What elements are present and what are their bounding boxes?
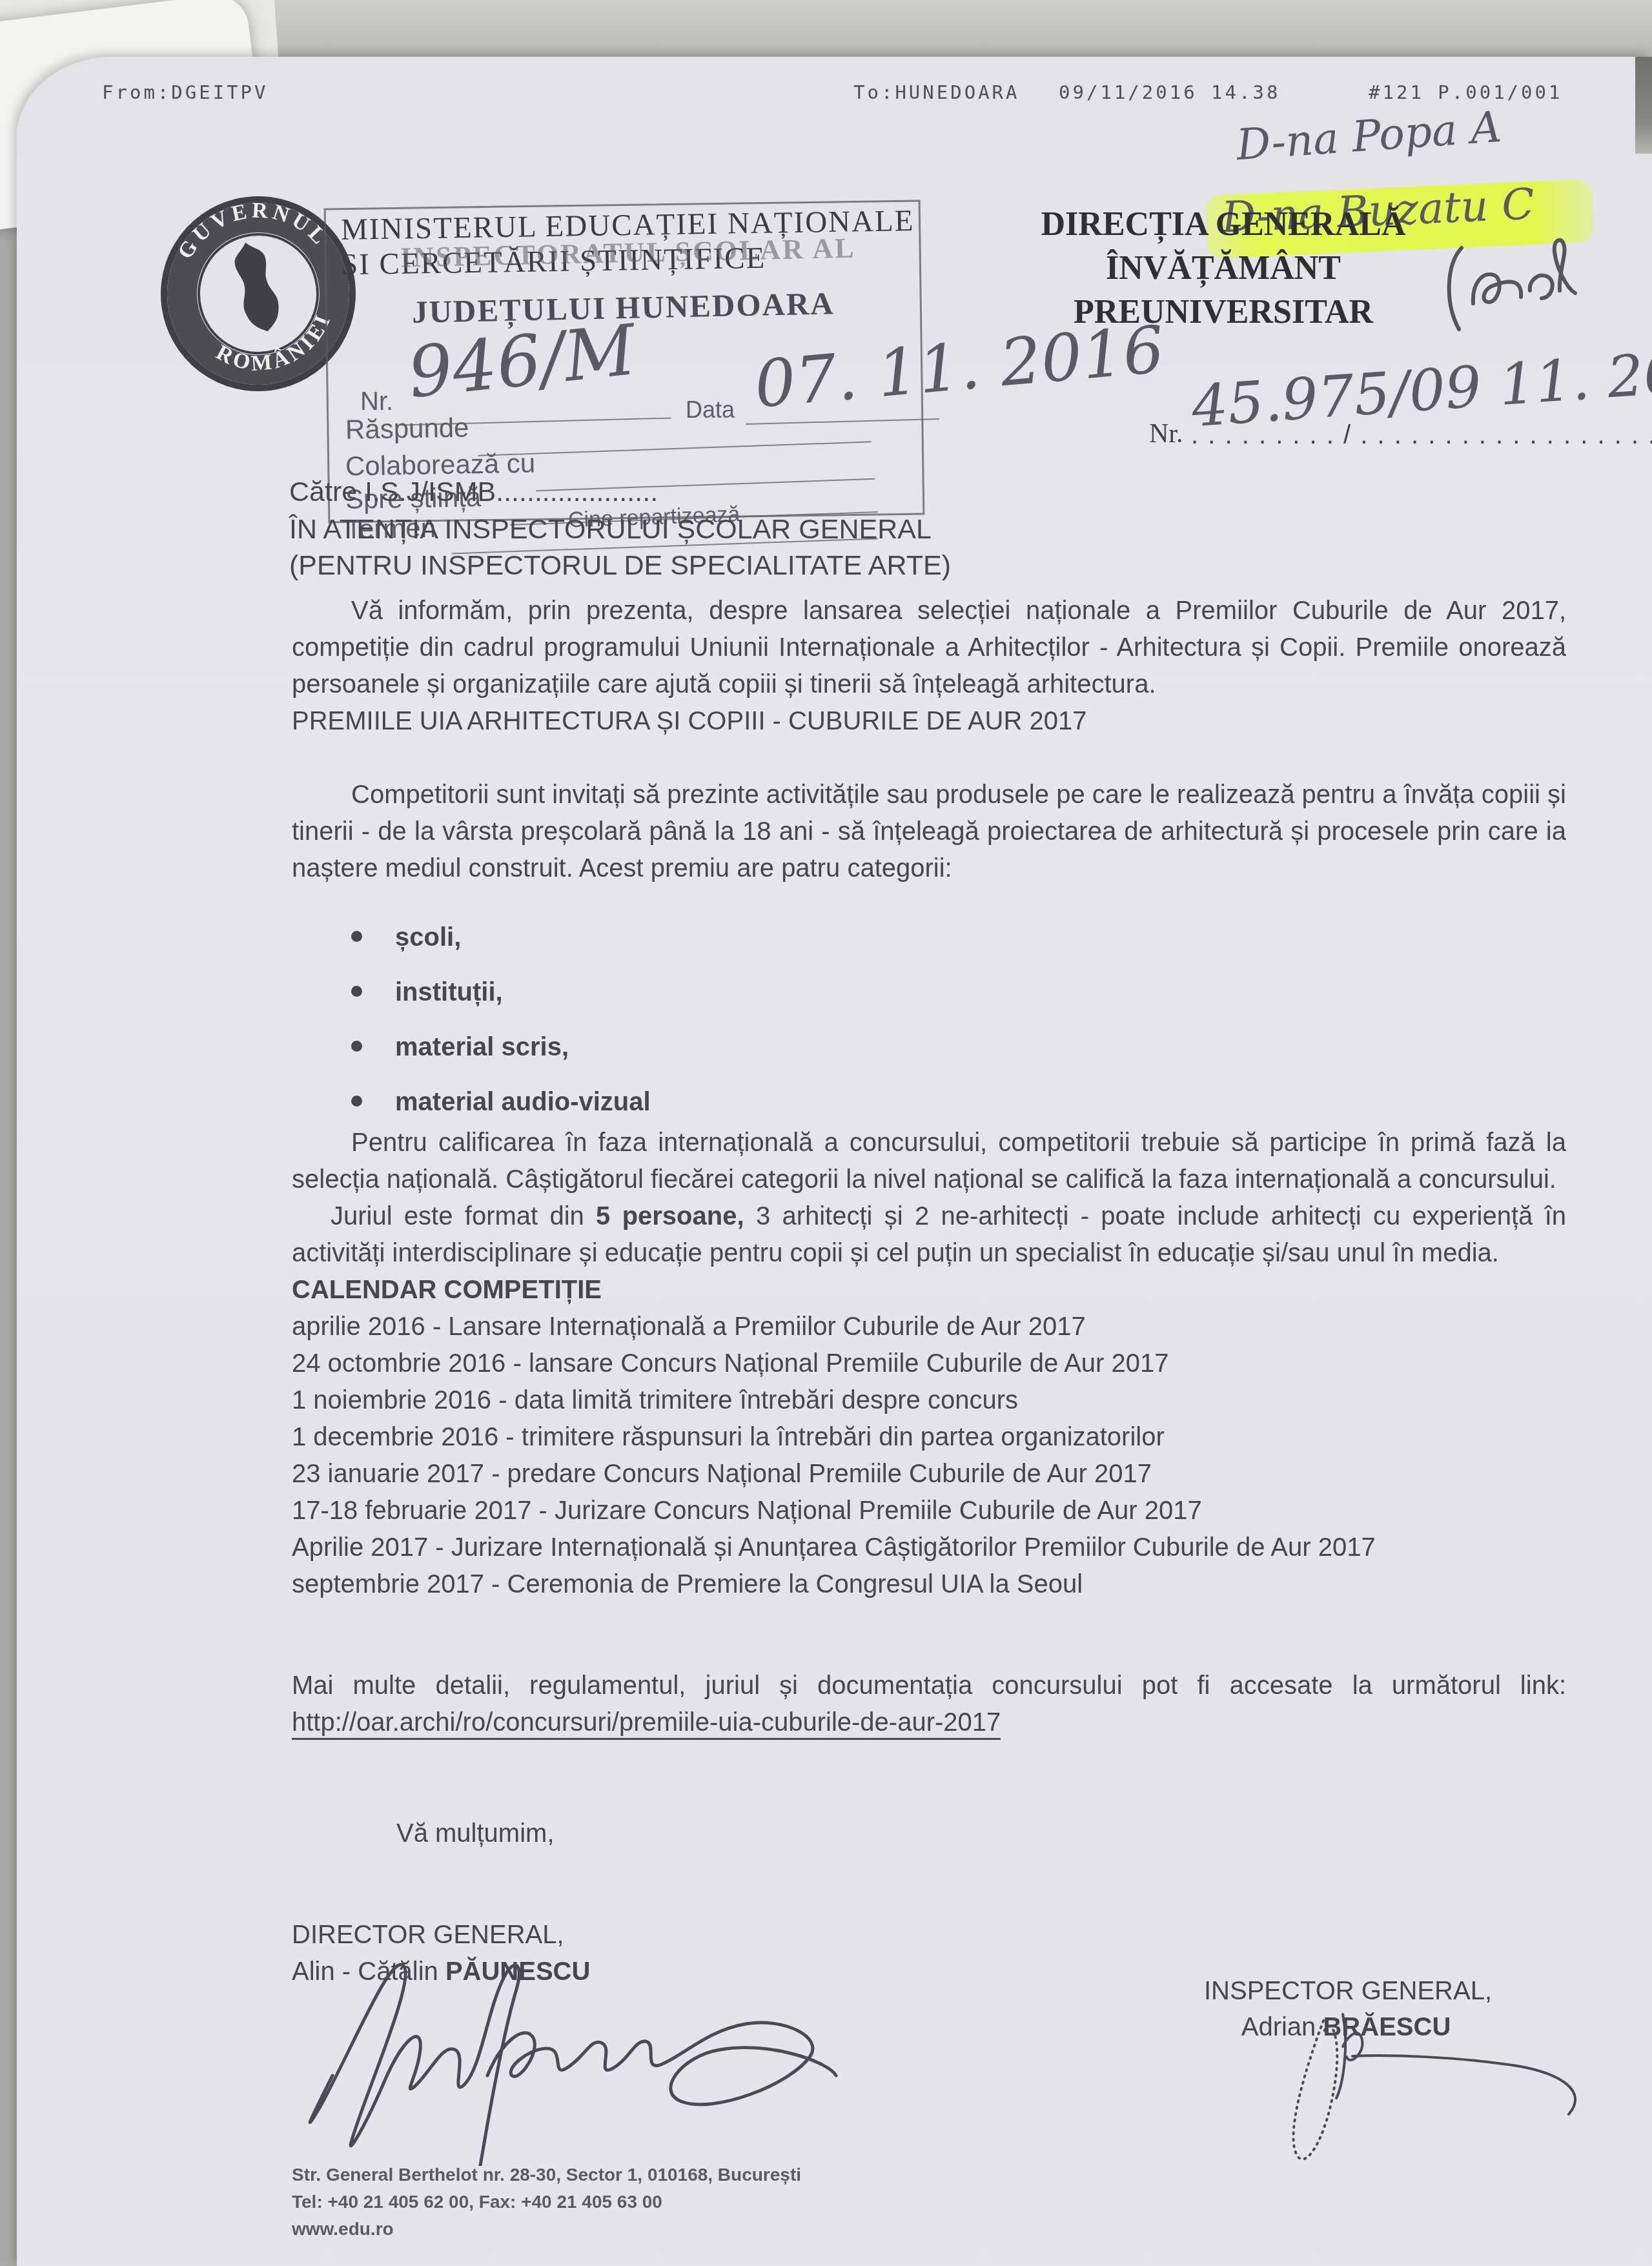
stamp-nr-label: Nr.: [360, 387, 393, 416]
link-intro-text: Mai multe detalii, regulamentul, juriul …: [292, 1671, 1566, 1700]
seal-eagle-glyph: [229, 238, 285, 336]
addressee-line1: Către I.S.J/ISMB.....................: [289, 476, 658, 508]
paragraph-intro: Vă informăm, prin prezenta, despre lansa…: [292, 593, 1566, 703]
calendar-item-2: 24 octombrie 2016 - lansare Concurs Nați…: [292, 1345, 1566, 1382]
handwritten-initials-icon: [1440, 226, 1588, 349]
calendar-item-6: 17-18 februarie 2017 - Jurizare Concurs …: [292, 1493, 1566, 1529]
scan-dark-edge: [1635, 57, 1652, 154]
jury-count-bold: 5 persoane,: [596, 1202, 744, 1230]
footer-phone: Tel: +40 21 405 62 00, Fax: +40 21 405 6…: [292, 2189, 662, 2215]
competition-link: http://oar.archi/ro/concursuri/premiile-…: [292, 1708, 1001, 1740]
jury-text-prefix: Juriul este format din: [331, 1202, 596, 1230]
paragraph-competitors: Competitorii sunt invitați să prezinte a…: [292, 777, 1566, 887]
paragraph-link: Mai multe detalii, regulamentul, juriul …: [292, 1668, 1566, 1741]
direction-name-line3: PREUNIVERSITAR: [1004, 293, 1443, 331]
thanks-line: Vă mulțumim,: [396, 1815, 1566, 1852]
direction-name-line1: DIRECȚIA GENERALĂ: [1004, 205, 1443, 243]
calendar-item-7: Aprilie 2017 - Jurizare Internațională ș…: [292, 1529, 1566, 1566]
stamp-field-raspunde: Răspunde: [345, 412, 469, 445]
direction-name-line2: ÎNVĂȚĂMÂNT: [1004, 249, 1443, 287]
calendar-item-4: 1 decembrie 2016 - trimitere răspunsuri …: [292, 1419, 1566, 1456]
list-item-scoli: școli,: [292, 919, 1566, 956]
calendar-item-3: 1 noiembrie 2016 - data limită trimitere…: [292, 1382, 1566, 1419]
list-item-material-scris: material scris,: [292, 1029, 1566, 1066]
fax-to: To:HUNEDOARA: [853, 81, 1020, 103]
signature-paunescu: [294, 1946, 849, 2166]
fax-from: From:DGEITPV: [102, 81, 269, 103]
addressee-line3: (PENTRU INSPECTORUL DE SPECIALITATE ARTE…: [289, 550, 951, 582]
signature-braescu: [1246, 1995, 1607, 2182]
list-item-material-audiovizual: material audio-vizual: [292, 1084, 1566, 1121]
direction-nr-label: Nr.: [1149, 418, 1183, 449]
category-list: școli, instituții, material scris, mater…: [292, 919, 1566, 1121]
footer-website: www.edu.ro: [292, 2216, 394, 2242]
scanned-fax-page: From:DGEITPV To:HUNEDOARA 09/11/2016 14.…: [0, 0, 1652, 2266]
stamp-data-label: Data: [686, 396, 735, 424]
fax-page-count: #121 P.001/001: [1369, 81, 1562, 103]
calendar-item-5: 23 ianuarie 2017 - predare Concurs Națio…: [292, 1456, 1566, 1493]
calendar-item-1: aprilie 2016 - Lansare Internațională a …: [292, 1309, 1566, 1345]
calendar-item-8: septembrie 2017 - Ceremonia de Premiere …: [292, 1566, 1566, 1603]
letter-body: Vă informăm, prin prezenta, despre lansa…: [292, 593, 1566, 1990]
premiile-title-line: PREMIILE UIA ARHITECTURA ȘI COPIII - CUB…: [292, 703, 1566, 740]
calendar-heading: CALENDAR COMPETIȚIE: [292, 1272, 1566, 1309]
footer-address: Str. General Berthelot nr. 28-30, Sector…: [292, 2161, 801, 2188]
fax-datetime: 09/11/2016 14.38: [1059, 81, 1280, 103]
paragraph-jury: Juriul este format din 5 persoane, 3 arh…: [292, 1198, 1566, 1272]
paragraph-qualification: Pentru calificarea în faza internațional…: [292, 1125, 1566, 1198]
list-item-institutii: instituții,: [292, 974, 1566, 1011]
addressee-line2: ÎN ATENȚIA INSPECTORULUI ȘCOLAR GENERAL: [289, 514, 932, 546]
